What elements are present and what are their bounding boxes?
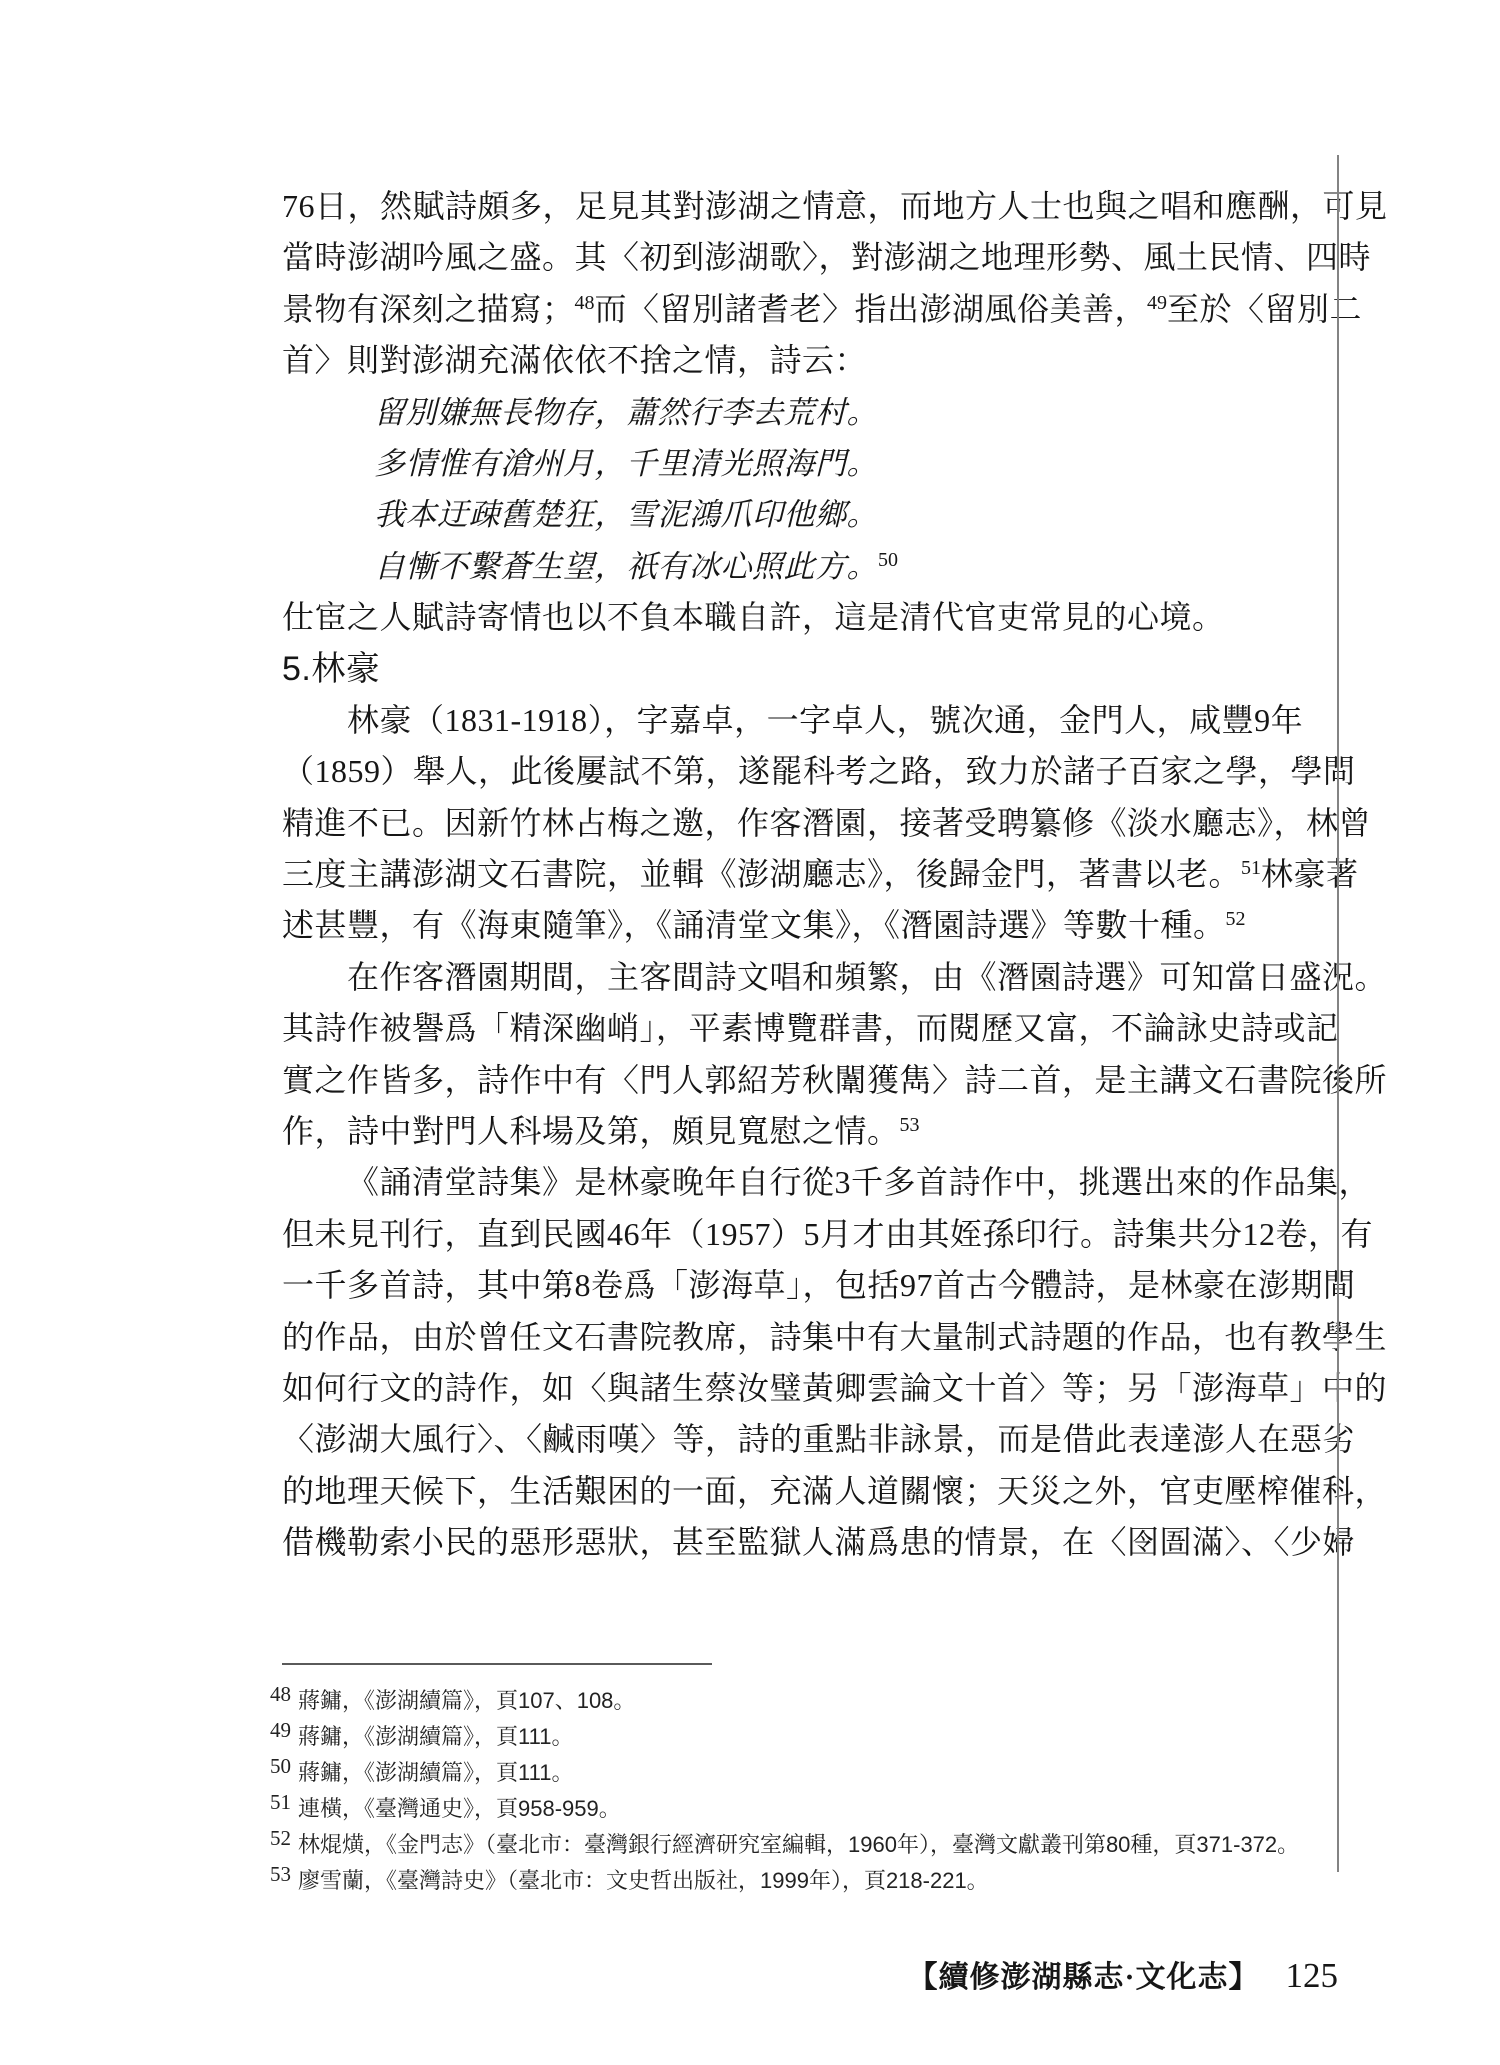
footnote-number: 52 — [270, 1826, 291, 1850]
footnote-number: 53 — [270, 1862, 291, 1886]
text-line: 實之作皆多，詩作中有〈門人郭紹芳秋闈獲雋〉詩二首，是主講文石書院後所 — [282, 1055, 1326, 1106]
footnote-number: 49 — [270, 1718, 291, 1742]
document-page: 76日，然賦詩頗多，足見其對澎湖之情意，而地方人士也與之唱和應酬，可見當時澎湖吟… — [0, 0, 1500, 2065]
footnote-number: 51 — [270, 1790, 291, 1814]
text-line: 景物有深刻之描寫；48而〈留別諸耆老〉指出澎湖風俗美善，49至於〈留別二 — [282, 284, 1326, 335]
footnote-item: 51連橫，《臺灣通史》，頁958-959。 — [270, 1784, 1450, 1820]
footnote-text: 廖雪蘭，《臺灣詩史》（臺北市：文史哲出版社，1999年），頁218-221。 — [298, 1868, 989, 1893]
text-line: 一千多首詩，其中第8卷爲「澎海草」，包括97首古今體詩，是林豪在澎期間 — [282, 1260, 1326, 1311]
footnote-item: 52林焜熿，《金門志》（臺北市：臺灣銀行經濟研究室編輯，1960年），臺灣文獻叢… — [270, 1820, 1450, 1856]
text-line: 首〉則對澎湖充滿依依不捨之情，詩云： — [282, 335, 1326, 386]
text-line: 在作客潛園期間，主客間詩文唱和頻繁，由《潛園詩選》可知當日盛況。 — [282, 952, 1326, 1003]
text-line: 仕宦之人賦詩寄情也以不負本職自許，這是清代官吏常見的心境。 — [282, 592, 1326, 643]
poem-line: 多情惟有滄州月，千里清光照海門。 — [374, 438, 1326, 489]
text-line: 《誦清堂詩集》是林豪晚年自行從3千多首詩作中，挑選出來的作品集， — [282, 1157, 1326, 1208]
text-line: 作，詩中對門人科場及第，頗見寬慰之情。53 — [282, 1106, 1326, 1157]
page-number: 125 — [1286, 1956, 1339, 1996]
footnote-item: 50蔣鏞，《澎湖續篇》，頁111。 — [270, 1748, 1450, 1784]
footnote-ref: 49 — [1147, 292, 1167, 314]
footnote-ref: 51 — [1241, 857, 1261, 879]
footnote-ref: 53 — [900, 1114, 920, 1136]
footnote-text: 蔣鏞，《澎湖續篇》，頁111。 — [298, 1760, 573, 1785]
footnote-item: 53廖雪蘭，《臺灣詩史》（臺北市：文史哲出版社，1999年），頁218-221。 — [270, 1856, 1450, 1892]
footnote-number: 50 — [270, 1754, 291, 1778]
footnote-item: 49蔣鏞，《澎湖續篇》，頁111。 — [270, 1712, 1450, 1748]
page-footer: 【續修澎湖縣志·文化志】 125 — [907, 1952, 1338, 1996]
text-line: 但未見刊行，直到民國46年（1957）5月才由其姪孫印行。詩集共分12卷，有 — [282, 1209, 1326, 1260]
text-line: 當時澎湖吟風之盛。其〈初到澎湖歌〉，對澎湖之地理形勢、風土民情、四時 — [282, 232, 1326, 283]
text-line: 述甚豐，有《海東隨筆》，《誦清堂文集》，《潛園詩選》等數十種。52 — [282, 900, 1326, 951]
text-line: 三度主講澎湖文石書院，並輯《澎湖廳志》，後歸金門，著書以老。51林豪著 — [282, 849, 1326, 900]
section-heading: 5.林豪 — [282, 644, 1326, 695]
text-line: 其詩作被譽爲「精深幽峭」，平素博覽群書，而閱歷又富，不論詠史詩或記 — [282, 1003, 1326, 1054]
text-line: 的地理天候下，生活艱困的一面，充滿人道關懷；天災之外，官吏壓榨催科， — [282, 1466, 1326, 1517]
text-line: 精進不已。因新竹林占梅之邀，作客潛園，接著受聘纂修《淡水廳志》，林曾 — [282, 798, 1326, 849]
footnote-number: 48 — [270, 1682, 291, 1706]
footnote-ref: 50 — [878, 549, 898, 571]
text-line: 76日，然賦詩頗多，足見其對澎湖之情意，而地方人士也與之唱和應酬，可見 — [282, 181, 1326, 232]
text-line: 〈澎湖大風行〉、〈鹹雨嘆〉等，詩的重點非詠景，而是借此表達澎人在惡劣 — [282, 1414, 1326, 1465]
text-line: 的作品，由於曾任文石書院教席，詩集中有大量制式詩題的作品，也有教學生 — [282, 1312, 1326, 1363]
scan-artifact-line — [1337, 155, 1339, 1872]
footnote-text: 連橫，《臺灣通史》，頁958-959。 — [298, 1796, 621, 1821]
poem-line: 我本迂疎舊楚狂，雪泥鴻爪印他鄉。 — [374, 489, 1326, 540]
footnote-text: 林焜熿，《金門志》（臺北市：臺灣銀行經濟研究室編輯，1960年），臺灣文獻叢刊第… — [298, 1832, 1299, 1857]
footnote-separator — [282, 1663, 712, 1665]
footnote-text: 蔣鏞，《澎湖續篇》，頁107、108。 — [298, 1688, 635, 1713]
footnote-item: 48蔣鏞，《澎湖續篇》，頁107、108。 — [270, 1676, 1450, 1712]
poem-line: 留別嫌無長物存，蕭然行李去荒村。 — [374, 387, 1326, 438]
text-line: （1859）舉人，此後屢試不第，遂罷科考之路，致力於諸子百家之學，學問 — [282, 746, 1326, 797]
book-title: 【續修澎湖縣志·文化志】 — [907, 1952, 1259, 1996]
footnotes-block: 48蔣鏞，《澎湖續篇》，頁107、108。49蔣鏞，《澎湖續篇》，頁111。50… — [270, 1676, 1450, 1892]
footnote-ref: 52 — [1226, 908, 1246, 930]
text-line: 借機勒索小民的惡形惡狀，甚至監獄人滿爲患的情景，在〈囹圄滿〉、〈少婦 — [282, 1517, 1326, 1568]
footnote-ref: 48 — [575, 292, 595, 314]
text-line: 林豪（1831-1918），字嘉卓，一字卓人，號次通，金門人，咸豐9年 — [282, 695, 1326, 746]
poem-line: 自慚不繫蒼生望，祇有冰心照此方。50 — [374, 541, 1326, 592]
body-text-block: 76日，然賦詩頗多，足見其對澎湖之情意，而地方人士也與之唱和應酬，可見當時澎湖吟… — [282, 181, 1326, 1569]
footnote-text: 蔣鏞，《澎湖續篇》，頁111。 — [298, 1724, 573, 1749]
text-line: 如何行文的詩作，如〈與諸生蔡汝璧黃卿雲論文十首〉等；另「澎海草」中的 — [282, 1363, 1326, 1414]
